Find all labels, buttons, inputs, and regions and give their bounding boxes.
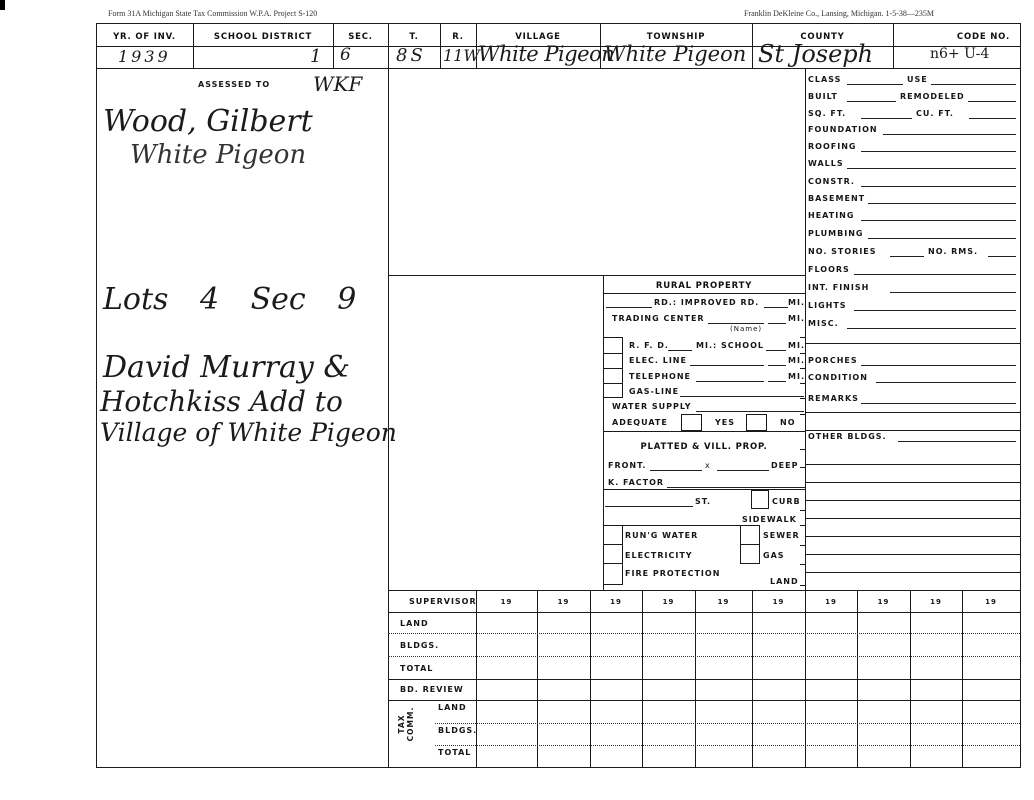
field-label-basement: BASEMENT (808, 194, 865, 203)
gas-line-label: GAS-LINE (629, 387, 679, 396)
valuation-cell[interactable] (964, 702, 1018, 721)
value-county[interactable]: St Joseph (758, 40, 873, 68)
valuation-cell[interactable] (912, 702, 960, 721)
valuation-cell[interactable] (644, 681, 693, 698)
curb-checkbox[interactable] (751, 490, 769, 509)
electricity-checkbox[interactable] (603, 544, 623, 564)
valuation-cell[interactable] (478, 725, 535, 743)
mi-label: MI. (788, 341, 805, 350)
valuation-cell[interactable] (644, 658, 693, 677)
mi-label: MI. (788, 314, 805, 323)
sewer-label: SEWER (763, 531, 800, 540)
valuation-cell[interactable] (644, 614, 693, 631)
supervisor-label: SUPERVISOR (409, 597, 477, 606)
value-village[interactable]: White Pigeon (478, 42, 614, 66)
year-column-header: 19 (476, 598, 537, 606)
field-label-sq-ft: SQ. FT. (808, 109, 846, 118)
value-code-no[interactable]: n6+ U-4 (930, 46, 989, 62)
header-label-t: T. (388, 32, 440, 42)
field-line[interactable] (861, 186, 1016, 187)
field-label-lights: LIGHTS (808, 301, 847, 310)
yes-label: YES (715, 418, 735, 427)
valuation-cell[interactable] (592, 635, 640, 654)
field-label-roofing: ROOFING (808, 142, 856, 151)
header-label-township: TOWNSHIP (600, 32, 752, 42)
valuation-cell[interactable] (754, 635, 803, 654)
field-label-constr: CONSTR. (808, 177, 855, 186)
land-row-label: LAND (400, 619, 429, 628)
field-line[interactable] (868, 203, 1016, 204)
header-label-yr-of-inv: YR. OF INV. (96, 32, 193, 42)
field-label-use: USE (907, 75, 928, 84)
field-line[interactable] (988, 256, 1016, 257)
field-line[interactable] (968, 101, 1016, 102)
valuation-cell[interactable] (754, 681, 803, 698)
valuation-cell[interactable] (754, 702, 803, 721)
valuation-cell[interactable] (592, 702, 640, 721)
valuation-cell[interactable] (859, 614, 908, 631)
name-hint: (Name) (730, 325, 762, 333)
valuation-cell[interactable] (478, 635, 535, 654)
valuation-cell[interactable] (859, 681, 908, 698)
valuation-cell[interactable] (592, 747, 640, 766)
valuation-cell[interactable] (478, 681, 535, 698)
year-column-header: 19 (642, 598, 695, 606)
value-yr-of-inv[interactable]: 1939 (118, 47, 171, 66)
legal-description-line3[interactable]: Hotchkiss Add to (100, 385, 343, 418)
field-line[interactable] (861, 220, 1016, 221)
valuation-cell[interactable] (807, 725, 855, 743)
adequate-label: ADEQUATE (612, 418, 668, 427)
valuation-cell[interactable] (754, 614, 803, 631)
water-supply-label: WATER SUPPLY (612, 402, 692, 411)
rural-property-title: RURAL PROPERTY (603, 281, 805, 291)
bldgs-row-label: BLDGS. (400, 641, 439, 650)
field-line[interactable] (890, 292, 1016, 293)
no-label: NO (780, 418, 796, 427)
valuation-cell[interactable] (912, 635, 960, 654)
value-township[interactable]: White Pigeon (604, 42, 746, 66)
field-line[interactable] (847, 84, 904, 85)
valuation-cell[interactable] (697, 635, 750, 654)
valuation-cell[interactable] (754, 747, 803, 766)
year-column-header: 19 (857, 598, 910, 606)
field-line[interactable] (898, 441, 1016, 442)
tax-comm-land-label: LAND (438, 703, 467, 712)
valuation-cell[interactable] (912, 725, 960, 743)
valuation-cell[interactable] (912, 614, 960, 631)
valuation-cell[interactable] (644, 747, 693, 766)
field-line[interactable] (847, 168, 1017, 169)
year-column-header: 19 (695, 598, 752, 606)
valuation-cell[interactable] (807, 702, 855, 721)
running-water-label: RUN'G WATER (625, 531, 698, 540)
valuation-cell[interactable] (964, 635, 1018, 654)
valuation-cell[interactable] (539, 747, 588, 766)
valuation-cell[interactable] (964, 658, 1018, 677)
valuation-cell[interactable] (539, 702, 588, 721)
field-label-foundation: FOUNDATION (808, 125, 878, 134)
valuation-cell[interactable] (697, 747, 750, 766)
tax-comm-bldgs-label: BLDGS. (438, 726, 477, 735)
assessor-initials[interactable]: WKF (313, 72, 362, 96)
running-water-checkbox[interactable] (603, 525, 623, 545)
valuation-cell[interactable] (478, 614, 535, 631)
valuation-cell[interactable] (964, 747, 1018, 766)
gas-label: GAS (763, 551, 785, 560)
valuation-cell[interactable] (478, 658, 535, 677)
telephone-checkbox[interactable] (603, 368, 623, 384)
st-label: ST. (695, 497, 711, 506)
legal-description-line4[interactable]: Village of White Pigeon (100, 418, 397, 447)
field-line[interactable] (969, 118, 1016, 119)
field-line[interactable] (854, 274, 1016, 275)
mi-label: MI. (788, 372, 805, 381)
assessed-to-label: ASSESSED TO (198, 80, 270, 89)
valuation-cell[interactable] (539, 725, 588, 743)
field-label-class: CLASS (808, 75, 841, 84)
rfd-label: R. F. D. (629, 341, 669, 350)
adequate-yes-checkbox[interactable] (681, 414, 702, 431)
field-line[interactable] (861, 151, 1016, 152)
bd-review-label: BD. REVIEW (400, 685, 464, 694)
owner-name[interactable]: Wood, Gilbert (103, 104, 313, 139)
platted-title: PLATTED & VILL. PROP. (603, 442, 805, 452)
valuation-cell[interactable] (478, 702, 535, 721)
valuation-cell[interactable] (912, 681, 960, 698)
field-label-cu-ft: CU. FT. (916, 109, 954, 118)
valuation-cell[interactable] (644, 635, 693, 654)
trading-center-label: TRADING CENTER (612, 314, 705, 323)
field-label-no-rms: NO. RMS. (928, 247, 978, 256)
valuation-cell[interactable] (859, 702, 908, 721)
valuation-cell[interactable] (964, 725, 1018, 743)
field-label-remarks: REMARKS (808, 394, 859, 403)
valuation-cell[interactable] (964, 614, 1018, 631)
valuation-cell[interactable] (592, 658, 640, 677)
valuation-cell[interactable] (697, 681, 750, 698)
printer-line: Franklin DeKleine Co., Lansing, Michigan… (744, 9, 934, 18)
mi-label: MI. (788, 298, 805, 307)
fire-protection-checkbox[interactable] (603, 563, 623, 585)
curb-label: CURB (772, 497, 801, 506)
valuation-cell[interactable] (859, 747, 908, 766)
valuation-cell[interactable] (539, 658, 588, 677)
valuation-cell[interactable] (859, 635, 908, 654)
front-label: FRONT. (608, 461, 646, 470)
k-factor-label: K. FACTOR (608, 478, 664, 487)
valuation-cell[interactable] (592, 614, 640, 631)
valuation-cell[interactable] (964, 681, 1018, 698)
field-line[interactable] (861, 118, 912, 119)
legal-description-lots[interactable]: Lots 4 Sec 9 (103, 282, 356, 317)
valuation-cell[interactable] (697, 614, 750, 631)
field-line[interactable] (931, 84, 1016, 85)
header-label-village: VILLAGE (476, 32, 600, 42)
field-line[interactable] (861, 403, 1016, 404)
header-label-school-district: SCHOOL DISTRICT (193, 32, 333, 42)
telephone-label: TELEPHONE (629, 372, 691, 381)
value-sec[interactable]: 6 (340, 45, 351, 65)
field-line[interactable] (847, 101, 897, 102)
year-column-header: 19 (805, 598, 857, 606)
total-row-label: TOTAL (400, 664, 433, 673)
gas-line-checkbox[interactable] (603, 383, 623, 398)
field-label-porches: PORCHES (808, 356, 858, 365)
valuation-cell[interactable] (859, 658, 908, 677)
field-label-remodeled: REMODELED (900, 92, 965, 101)
year-column-header: 19 (590, 598, 642, 606)
field-line[interactable] (883, 134, 1016, 135)
year-column-header: 19 (537, 598, 590, 606)
valuation-cell[interactable] (859, 725, 908, 743)
field-label-misc: MISC. (808, 319, 839, 328)
field-label-walls: WALLS (808, 159, 844, 168)
land-label: LAND (770, 577, 799, 586)
legal-description-line2[interactable]: David Murray & (103, 350, 350, 385)
field-label-condition: CONDITION (808, 373, 868, 382)
valuation-cell[interactable] (539, 681, 588, 698)
valuation-cell[interactable] (697, 702, 750, 721)
field-line[interactable] (876, 382, 1016, 383)
valuation-cell[interactable] (644, 725, 693, 743)
rfd-checkbox[interactable] (603, 337, 623, 354)
field-label-plumbing: PLUMBING (808, 229, 863, 238)
valuation-cell[interactable] (592, 725, 640, 743)
electricity-label: ELECTRICITY (625, 551, 693, 560)
value-r[interactable]: 11W (443, 46, 480, 65)
valuation-cell[interactable] (539, 614, 588, 631)
scan-corner-mark (0, 0, 5, 10)
header-label-r: R. (440, 32, 476, 42)
adequate-no-checkbox[interactable] (746, 414, 767, 431)
field-label-floors: FLOORS (808, 265, 850, 274)
rd-improved-label: RD.: IMPROVED RD. (654, 298, 759, 307)
form-title: Form 31A Michigan State Tax Commission W… (108, 9, 317, 18)
valuation-cell[interactable] (644, 702, 693, 721)
sidewalk-label: SIDEWALK (742, 515, 797, 524)
valuation-cell[interactable] (807, 747, 855, 766)
field-line[interactable] (861, 365, 1016, 366)
field-label-heating: HEATING (808, 211, 854, 220)
gas-checkbox[interactable] (740, 544, 760, 564)
header-label-code-no: CODE NO. (893, 32, 1020, 42)
value-school-district[interactable]: 1 (310, 46, 321, 67)
valuation-cell[interactable] (754, 658, 803, 677)
field-label-built: BUILT (808, 92, 838, 101)
elec-line-label: ELEC. LINE (629, 356, 687, 365)
field-line[interactable] (854, 310, 1016, 311)
tax-comm-label: TAX COMM. (397, 706, 415, 742)
field-line[interactable] (868, 238, 1016, 239)
elec-line-checkbox[interactable] (603, 353, 623, 369)
valuation-cell[interactable] (807, 614, 855, 631)
deep-label: DEEP (771, 461, 798, 470)
year-column-header: 19 (752, 598, 805, 606)
field-label-int-finish: INT. FINISH (808, 283, 869, 292)
field-label-no-stories: NO. STORIES (808, 247, 877, 256)
mi-school-label: MI.: SCHOOL (696, 341, 764, 350)
valuation-cell[interactable] (592, 681, 640, 698)
sewer-checkbox[interactable] (740, 525, 760, 545)
valuation-cell[interactable] (807, 635, 855, 654)
mi-label: MI. (788, 356, 805, 365)
valuation-cell[interactable] (807, 681, 855, 698)
header-label-sec: SEC. (333, 32, 388, 42)
valuation-cell[interactable] (697, 658, 750, 677)
tax-comm-total-label: TOTAL (438, 748, 471, 757)
valuation-cell[interactable] (912, 747, 960, 766)
valuation-cell[interactable] (912, 658, 960, 677)
field-line[interactable] (847, 328, 1017, 329)
field-line[interactable] (890, 256, 924, 257)
owner-location[interactable]: White Pigeon (130, 140, 306, 170)
valuation-cell[interactable] (754, 725, 803, 743)
valuation-cell[interactable] (697, 725, 750, 743)
valuation-cell[interactable] (807, 658, 855, 677)
field-label-other-bldgs: OTHER BLDGS. (808, 432, 887, 441)
value-t[interactable]: 8S (396, 45, 426, 66)
fire-protection-label: FIRE PROTECTION (625, 569, 720, 578)
year-column-header: 19 (962, 598, 1020, 606)
by-label: x (705, 461, 711, 470)
valuation-cell[interactable] (539, 635, 588, 654)
valuation-cell[interactable] (478, 747, 535, 766)
year-column-header: 19 (910, 598, 962, 606)
